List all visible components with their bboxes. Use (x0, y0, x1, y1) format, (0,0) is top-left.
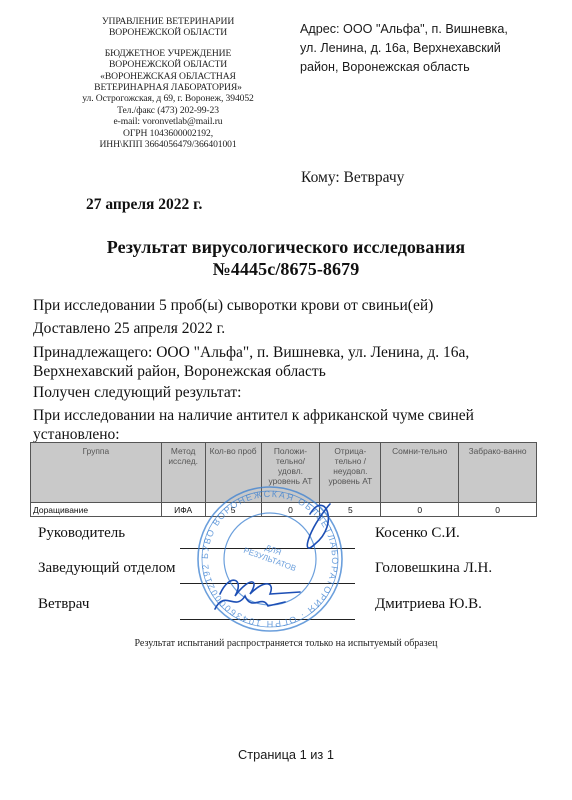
org-line: ВЕТЕРИНАРНАЯ ЛАБОРАТОРИЯ» (48, 82, 288, 93)
result-intro: Получен следующий результат: (33, 383, 241, 402)
owner-line: Принадлежащего: ООО "Альфа", п. Вишневка… (33, 343, 469, 362)
test-line: При исследовании на наличие антител к аф… (33, 406, 474, 425)
org-phone: Тел./факс (473) 202-99-23 (48, 105, 288, 116)
org-line: БЮДЖЕТНОЕ УЧРЕЖДЕНИЕ (48, 48, 288, 59)
delivered-paragraph: Доставлено 25 апреля 2022 г. (33, 319, 225, 338)
document-date: 27 апреля 2022 г. (86, 196, 202, 214)
org-line: ВОРОНЕЖСКОЙ ОБЛАСТИ (48, 59, 288, 70)
document-title: Результат вирусологического исследования… (0, 236, 572, 280)
org-line: «ВОРОНЕЖСКАЯ ОБЛАСТНАЯ (48, 71, 288, 82)
signature-name-vet: Дмитриева Ю.В. (375, 596, 482, 613)
org-ogrn: ОГРН 1043600002192, (48, 128, 288, 139)
address-line: Адрес: ООО "Альфа", п. Вишневка, (300, 20, 555, 39)
table-row: Доращивание ИФА 5 0 5 0 0 (31, 503, 537, 517)
recipient: Кому: Ветврачу (301, 169, 404, 187)
cell-group: Доращивание (31, 503, 162, 517)
document-number: №4445с/8675-8679 (0, 258, 572, 280)
header-positive: Положи-тельно/ удовл. уровень АТ (261, 443, 320, 503)
header-count: Кол-во проб (205, 443, 261, 503)
recipient-address: Адрес: ООО "Альфа", п. Вишневка, ул. Лен… (300, 20, 555, 77)
cell-rejected: 0 (459, 503, 537, 517)
header-rejected: Забрако-ванно (459, 443, 537, 503)
header-negative: Отрица-тельно / неудовл. уровень АТ (320, 443, 381, 503)
test-description: При исследовании на наличие антител к аф… (33, 406, 474, 444)
signature-role-vet: Ветврач (38, 596, 89, 613)
table-header-row: Группа Метод исслед. Кол-во проб Положи-… (31, 443, 537, 503)
signature-name-department: Головешкина Л.Н. (375, 560, 492, 577)
signature-line (180, 619, 355, 620)
address-line: район, Воронежская область (300, 58, 555, 77)
disclaimer-note: Результат испытаний распространяется тол… (0, 638, 572, 649)
results-table: Группа Метод исслед. Кол-во проб Положи-… (30, 442, 537, 517)
org-email: e-mail: voronvetlab@mail.ru (48, 116, 288, 127)
cell-count: 5 (205, 503, 261, 517)
header-doubtful: Сомни-тельно (381, 443, 459, 503)
cell-positive: 0 (261, 503, 320, 517)
cell-method: ИФА (161, 503, 205, 517)
header-group: Группа (31, 443, 162, 503)
org-address: ул. Острогожская, д 69, г. Воронеж, 3940… (48, 93, 288, 104)
organization-header: УПРАВЛЕНИЕ ВЕТЕРИНАРИИ ВОРОНЕЖСКОЙ ОБЛАС… (48, 16, 288, 150)
signature-line (180, 548, 355, 549)
owner-line: Верхнехавский район, Воронежская область (33, 362, 469, 381)
signature-name-head: Косенко С.И. (375, 525, 460, 542)
address-line: ул. Ленина, д. 16а, Верхнехавский (300, 39, 555, 58)
signature-role-department: Заведующий отделом (38, 560, 175, 577)
title-line: Результат вирусологического исследования (0, 236, 572, 258)
svg-text:ДЛЯ: ДЛЯ (264, 543, 283, 557)
page-number: Страница 1 из 1 (0, 747, 572, 762)
org-line: ВОРОНЕЖСКОЙ ОБЛАСТИ (48, 27, 288, 38)
org-line: УПРАВЛЕНИЕ ВЕТЕРИНАРИИ (48, 16, 288, 27)
owner-paragraph: Принадлежащего: ООО "Альфа", п. Вишневка… (33, 343, 469, 381)
header-method: Метод исслед. (161, 443, 205, 503)
samples-paragraph: При исследовании 5 проб(ы) сыворотки кро… (33, 296, 433, 315)
signature-line (180, 583, 355, 584)
org-inn: ИНН\КПП 3664056479/366401001 (48, 139, 288, 150)
cell-doubtful: 0 (381, 503, 459, 517)
svg-text:РЕЗУЛЬТАТОВ: РЕЗУЛЬТАТОВ (242, 546, 297, 573)
cell-negative: 5 (320, 503, 381, 517)
signature-role-head: Руководитель (38, 525, 125, 542)
